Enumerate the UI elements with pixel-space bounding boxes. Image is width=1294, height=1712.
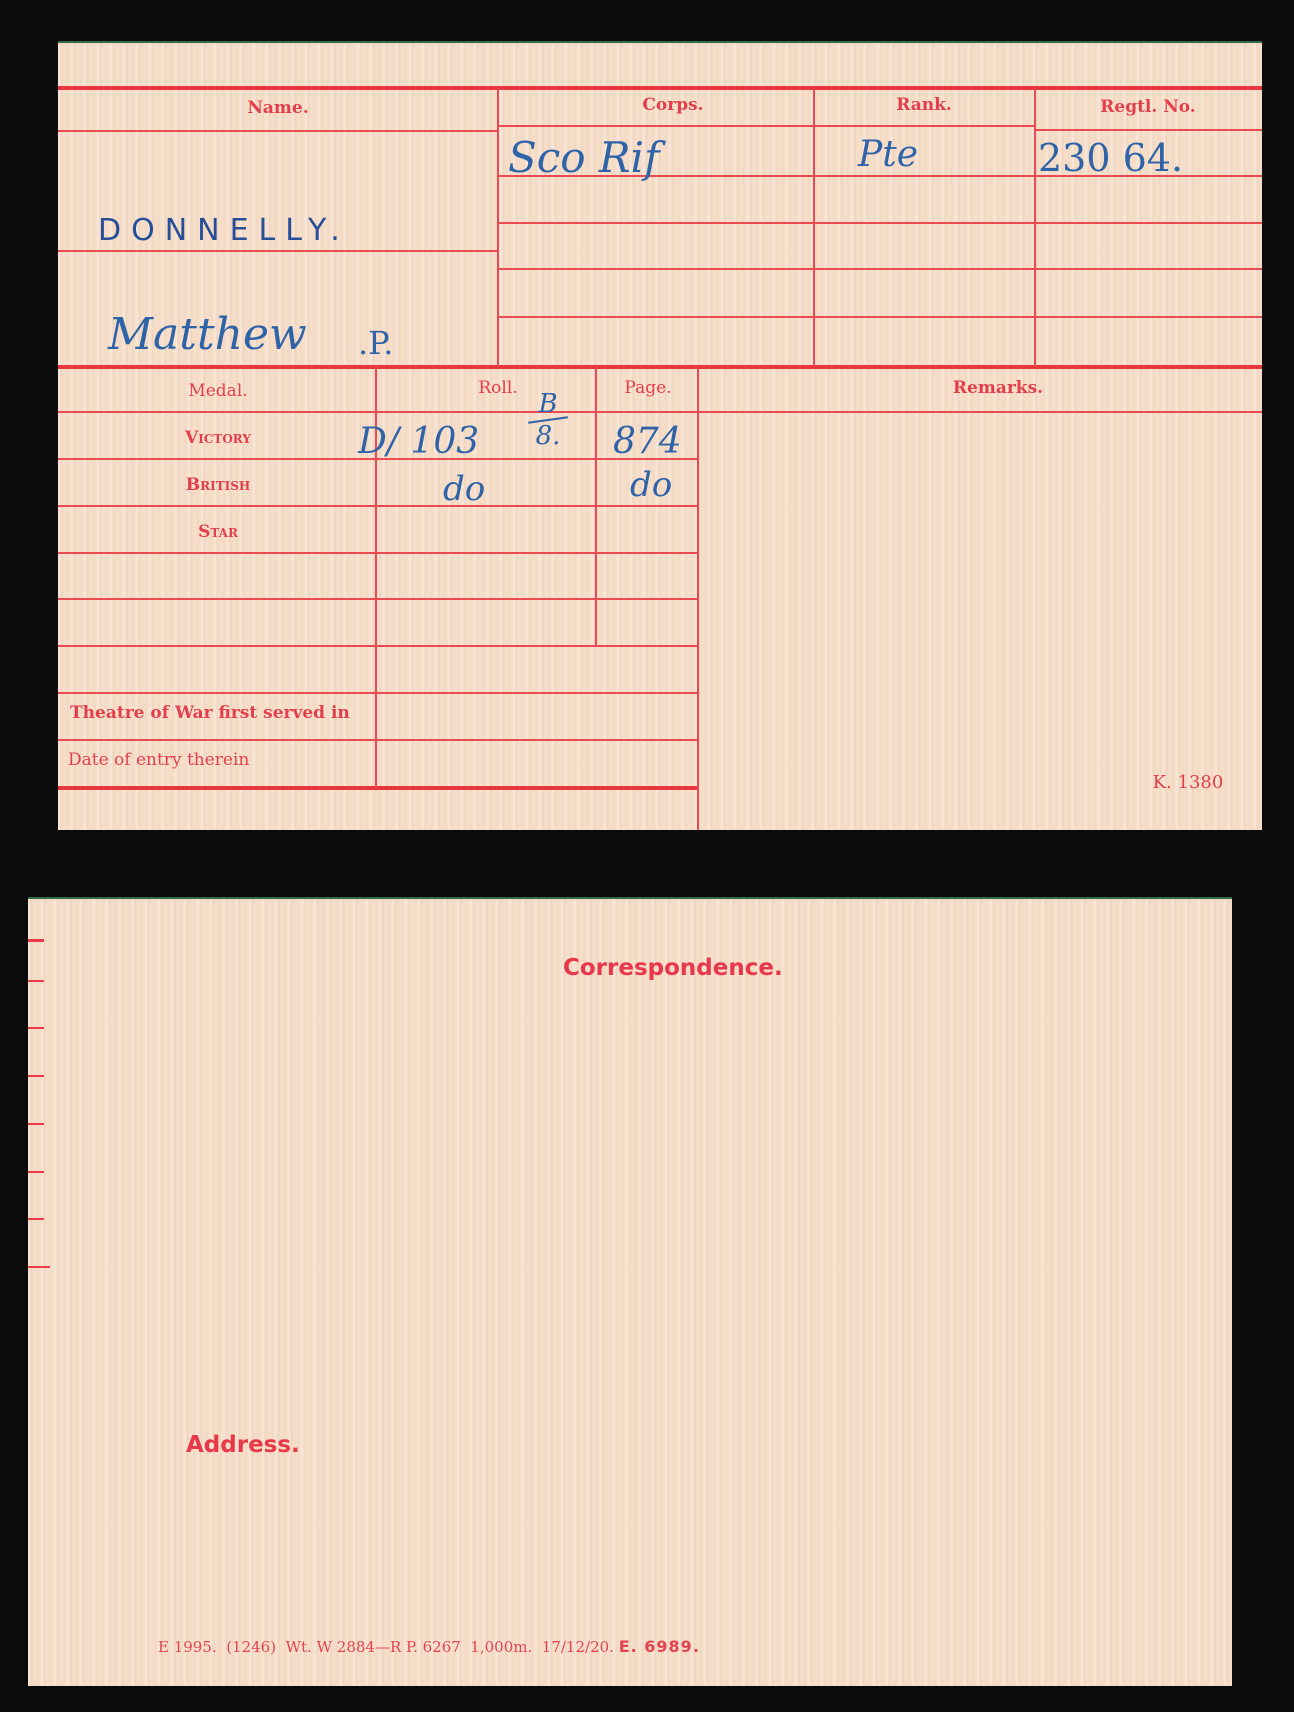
page-header: Page. — [598, 378, 698, 398]
roll-fraction-top: B — [538, 389, 557, 419]
corps-header: Corps. — [603, 95, 743, 115]
medal-header: Medal. — [148, 381, 288, 401]
surname-entry: DONNELLY. — [98, 213, 350, 248]
medal-index-card-back: Correspondence. Address. E 1995. (1246) … — [28, 897, 1232, 1686]
margin-tick — [28, 939, 44, 942]
rank-header: Rank. — [864, 95, 984, 115]
margin-tick — [28, 1123, 44, 1125]
blank-rule-2 — [58, 645, 698, 647]
corps-header-rule — [499, 125, 852, 127]
victory-page-entry: 874 — [613, 421, 682, 462]
victory-roll-entry: D/ 103 — [358, 421, 479, 462]
initial-entry: .P. — [358, 324, 393, 362]
medal-star-label: Star — [148, 522, 288, 542]
corps-entry: Sco Rif — [508, 133, 660, 182]
margin-tick — [28, 1266, 50, 1268]
name-corps-divider — [497, 88, 499, 367]
bottom-rule — [58, 786, 698, 790]
rank-entry: Pte — [858, 134, 918, 175]
entry-rule-3 — [499, 268, 1262, 270]
form-code: K. 1380 — [1138, 772, 1238, 793]
medal-header-rule — [58, 411, 1262, 413]
margin-tick — [28, 1171, 44, 1173]
medal-victory-label: Victory — [148, 428, 288, 448]
address-label: Address. — [186, 1432, 300, 1458]
victory-roll-fraction: B 8. — [528, 391, 568, 449]
roll-page-divider — [595, 367, 597, 645]
imprint-text: E 1995. (1246) Wt. W 2884—R P. 6267 1,00… — [158, 1638, 614, 1656]
margin-tick — [28, 1027, 44, 1029]
name-header-rule — [58, 130, 497, 132]
regtl-no-header: Regtl. No. — [1078, 97, 1218, 117]
entry-rule-2 — [499, 222, 1262, 224]
entry-rule-4 — [499, 316, 1262, 318]
rank-regtl-divider — [1034, 88, 1036, 367]
theatre-of-war-label: Theatre of War first served in — [70, 703, 350, 723]
date-entry-rule — [58, 739, 698, 741]
section-divider — [58, 365, 1262, 369]
roll-fraction-bottom: 8. — [536, 421, 561, 451]
british-page-entry: do — [630, 465, 672, 505]
margin-tick — [28, 1218, 44, 1220]
british-rule — [58, 505, 698, 507]
imprint-code: E. 6989. — [619, 1637, 700, 1656]
regtl-header-rule — [1036, 129, 1262, 131]
name-header: Name. — [208, 98, 348, 118]
printer-imprint: E 1995. (1246) Wt. W 2884—R P. 6267 1,00… — [158, 1637, 700, 1656]
forename-entry: Matthew — [108, 309, 307, 360]
regtl-no-entry: 230 64. — [1038, 136, 1183, 180]
date-of-entry-label: Date of entry therein — [68, 750, 249, 770]
blank-rule-1 — [58, 598, 698, 600]
british-roll-entry: do — [443, 469, 485, 509]
rank-header-rule — [815, 125, 1035, 127]
star-rule — [58, 552, 698, 554]
margin-tick — [28, 1075, 44, 1077]
medal-british-label: British — [148, 475, 288, 495]
remarks-header: Remarks. — [918, 378, 1078, 398]
top-rule — [58, 86, 1262, 90]
page-remarks-divider — [697, 367, 699, 830]
correspondence-label: Correspondence. — [563, 955, 783, 981]
corps-rank-divider — [813, 88, 815, 367]
medal-index-card-front: Name. Corps. Rank. Regtl. No. Medal. Rol… — [58, 41, 1262, 830]
theatre-rule — [58, 692, 698, 694]
margin-tick — [28, 980, 44, 982]
surname-rule — [58, 250, 497, 252]
